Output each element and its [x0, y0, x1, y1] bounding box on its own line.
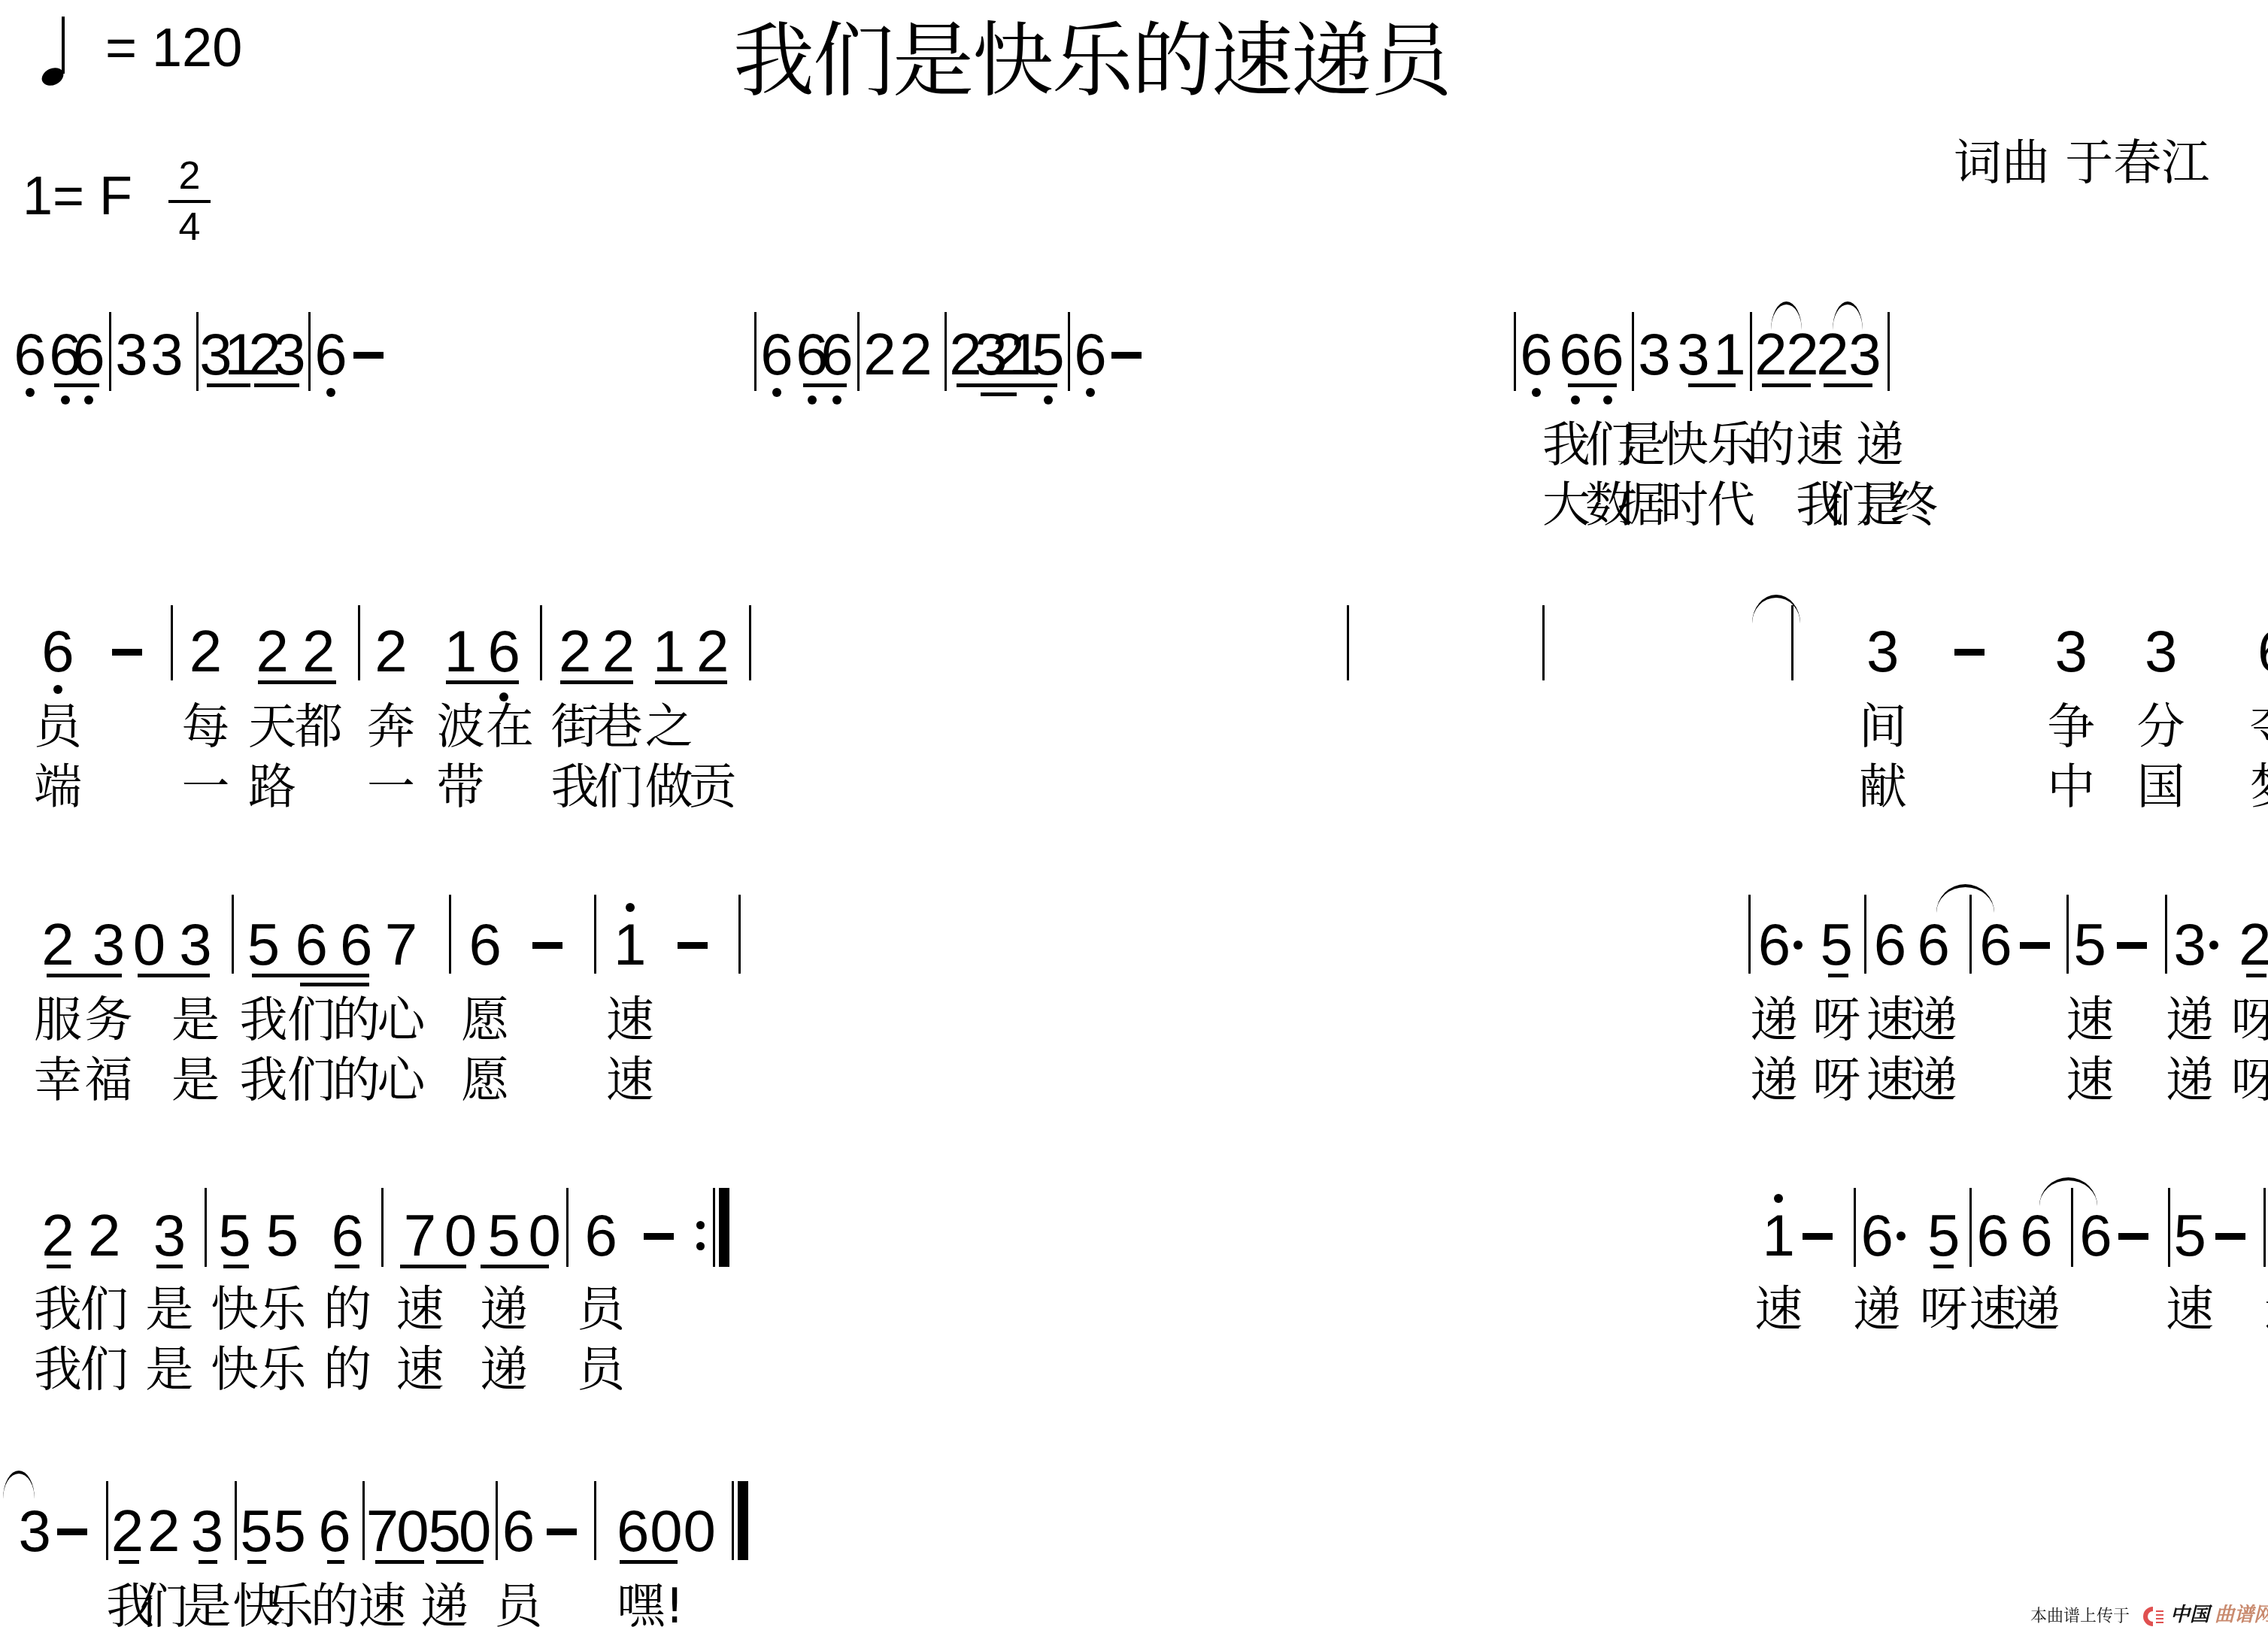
sustain-dash [2118, 1233, 2148, 1240]
duration-underline [560, 680, 632, 684]
key-signature: 1= F [23, 169, 132, 223]
lyric-syllable: 是 [171, 996, 220, 1044]
note: 6 [41, 622, 74, 680]
lyric-syllable: 是 [171, 1056, 220, 1104]
low-octave-dot [1086, 388, 1095, 397]
note: 1 [1713, 325, 1746, 383]
lyric-syllable: 速 [1865, 1056, 1915, 1104]
note: 0 [396, 1501, 429, 1560]
time-signature-numerator: 2 [167, 156, 212, 195]
note: 5 [428, 1501, 461, 1560]
barline [1347, 605, 1349, 680]
lyric-syllable: 快 [210, 1346, 259, 1394]
note: 3 [273, 325, 306, 383]
note: 5 [240, 1501, 273, 1560]
note: 5 [2073, 915, 2106, 974]
lyric-syllable: 的 [323, 1286, 372, 1334]
lyric-syllable: 心 [377, 1056, 426, 1104]
lyric-syllable: 献 [1858, 763, 1908, 811]
duration-underline [199, 1560, 217, 1564]
barline [1969, 1188, 1972, 1267]
barline [2165, 895, 2167, 974]
note: 0 [683, 1501, 716, 1560]
barline [566, 1188, 569, 1267]
note: 6 [2020, 1206, 2053, 1265]
note: 2 [863, 325, 896, 383]
duration-underline [119, 1560, 139, 1564]
lyric-syllable: 国 [2136, 763, 2186, 811]
note: 3 [150, 325, 183, 383]
watermark-brand-cn: 中国 [2170, 1604, 2209, 1626]
note: 3 [1848, 325, 1881, 383]
barline [738, 895, 741, 974]
lyric-syllable: 呀 [1919, 1286, 1969, 1334]
barline [109, 312, 111, 391]
lyric-syllable: 路 [247, 763, 297, 811]
lyric-syllable: 我 [239, 996, 289, 1044]
lyric-syllable: 速 [1795, 421, 1845, 469]
note: 6 [1860, 1206, 1894, 1265]
note: 2 [559, 622, 592, 680]
lyric-syllable: 梦 [2249, 763, 2268, 811]
note: 7 [365, 1501, 399, 1560]
note: 2 [189, 622, 222, 680]
note: 2 [1754, 325, 1787, 383]
note: 2 [302, 622, 335, 680]
lyric-syllable: 街 [550, 703, 600, 751]
note: 5 [1927, 1206, 1960, 1265]
note: 6 [314, 325, 347, 383]
low-octave-dot [832, 395, 841, 404]
note: 1 [653, 622, 686, 680]
lyric-syllable: 乐 [265, 1583, 314, 1631]
lyric-syllable: 速 [396, 1346, 445, 1394]
barline [594, 1481, 596, 1560]
lyric-syllable: 夺 [2249, 703, 2268, 751]
lyric-syllable: 之 [644, 703, 694, 751]
note: 2 [256, 622, 289, 680]
barline [106, 1481, 108, 1560]
lyric-syllable: 员 [494, 1583, 544, 1631]
note: 6 [760, 325, 793, 383]
note: 3 [92, 915, 125, 974]
duration-underline [2246, 974, 2266, 977]
lyric-syllable: 争 [2046, 703, 2096, 751]
barline [235, 1481, 237, 1560]
lyric-syllable: 天 [247, 703, 297, 751]
note: 5 [1820, 915, 1853, 974]
tie-slur [1752, 595, 1800, 623]
barline [308, 312, 311, 391]
note: 2 [88, 1206, 121, 1265]
note: 5 [273, 1501, 306, 1560]
watermark-text: 本曲谱上传于 [2030, 1607, 2130, 1625]
lyric-syllable: 呀 [1812, 1056, 1861, 1104]
barline [449, 895, 451, 974]
lyric-syllable: 员 [576, 1286, 626, 1334]
high-octave-dot [626, 903, 635, 912]
fraction-bar [168, 200, 211, 203]
duration-underline [327, 1560, 344, 1564]
note: 5 [218, 1206, 251, 1265]
note: 6 [1591, 325, 1624, 383]
lyric-syllable: 们 [287, 1056, 336, 1104]
lyric-syllable: 做 [644, 763, 694, 811]
repeat-thick-bar [719, 1188, 729, 1267]
note: 3 [115, 325, 148, 383]
tie-slur [3, 1471, 35, 1499]
barline [1750, 312, 1752, 391]
lyric-syllable: 递 [2263, 1286, 2268, 1334]
duration-underline [138, 974, 210, 977]
note: 3 [1638, 325, 1671, 383]
duration-underline [1933, 1265, 1954, 1268]
note: 6 [820, 325, 854, 383]
lyric-syllable: 带 [435, 763, 485, 811]
lyric-syllable: 们 [287, 996, 336, 1044]
sustain-dash [2117, 942, 2147, 949]
lyric-syllable: 递 [1855, 421, 1905, 469]
note: 6 [487, 622, 520, 680]
note: 0 [132, 915, 165, 974]
barline [1748, 895, 1751, 974]
lyric-syllable: 波 [435, 703, 485, 751]
sustain-dash [1954, 649, 1984, 656]
low-octave-dot [1044, 395, 1053, 404]
lyric-syllable: 分 [2136, 703, 2186, 751]
repeat-dot [696, 1221, 705, 1229]
lyric-syllable: 速 [1968, 1286, 2018, 1334]
sustain-dash [353, 352, 384, 359]
lyric-syllable: 员 [33, 703, 83, 751]
lyric-syllable: 乐 [258, 1346, 308, 1394]
quarter-note-icon [30, 14, 75, 89]
lyric-syllable: 递 [479, 1286, 529, 1334]
barline [362, 1481, 365, 1560]
lyric-syllable: 愿 [460, 996, 510, 1044]
tie-slur [1936, 884, 1994, 913]
low-octave-dot [326, 388, 335, 397]
lyric-syllable: 递 [1749, 996, 1799, 1044]
lyric-syllable: 一 [180, 763, 230, 811]
lyric-syllable: 时 [1660, 481, 1709, 529]
tie-slur [1771, 301, 1802, 330]
note: 6 [468, 915, 502, 974]
time-signature-denominator: 4 [167, 208, 212, 247]
duration-underline [156, 1265, 183, 1268]
barline [205, 1188, 207, 1267]
sustain-dash [678, 942, 708, 949]
augmentation-dot [1897, 1232, 1906, 1241]
sustain-dash [532, 942, 562, 949]
lyric-syllable: 递 [1909, 996, 1958, 1044]
duration-underline [803, 383, 847, 387]
note: 0 [459, 1501, 492, 1560]
note: 3 [18, 1501, 51, 1560]
lyric-syllable: 的 [332, 996, 381, 1044]
lyric-syllable: 心 [377, 996, 426, 1044]
composer-credit: 词曲 于春江 [1954, 139, 2209, 187]
barline [496, 1481, 498, 1560]
note: 2 [111, 1501, 144, 1560]
barline [171, 605, 173, 680]
barline [381, 1188, 384, 1267]
barline [857, 312, 860, 391]
note: 0 [444, 1206, 477, 1265]
low-octave-dot [808, 395, 817, 404]
lyric-syllable: 递 [1909, 1056, 1958, 1104]
note: 6 [295, 915, 328, 974]
barline [2066, 895, 2069, 974]
note: 3 [1866, 622, 1900, 680]
lyric-syllable: 们 [139, 1583, 189, 1631]
watermark: 本曲谱上传于 中国 曲谱网 [2030, 1604, 2268, 1626]
duration-underline [1762, 383, 1811, 387]
lyric-syllable: 愿 [460, 1056, 510, 1104]
barline [1854, 1188, 1856, 1267]
duration-underline [258, 680, 336, 684]
duration-underline [47, 974, 122, 977]
duration-underline [957, 383, 1057, 387]
lyric-syllable: 的 [323, 1346, 372, 1394]
watermark-brand-site: 曲谱网 [2215, 1604, 2268, 1626]
duration-underline [446, 680, 518, 684]
duration-underline [223, 1265, 250, 1268]
note: 3 [153, 1206, 186, 1265]
note: 6 [2257, 622, 2268, 680]
note: 2 [374, 622, 408, 680]
note: 6 [340, 915, 373, 974]
note: 5 [1032, 325, 1065, 383]
note: 5 [266, 1206, 299, 1265]
duration-underline [300, 983, 369, 986]
duration-underline [436, 1560, 484, 1564]
note: 3 [1677, 325, 1710, 383]
note: 3 [190, 1501, 223, 1560]
sustain-dash [1111, 352, 1142, 359]
note: 3 [2173, 915, 2206, 974]
lyric-syllable: 是 [144, 1346, 194, 1394]
note: 7 [404, 1206, 437, 1265]
final-thin-bar [732, 1481, 734, 1560]
note: 6 [1873, 915, 1906, 974]
sustain-dash [112, 649, 142, 656]
lyric-syllable: 递 [2012, 1286, 2061, 1334]
lyric-syllable: 递 [2165, 1056, 2215, 1104]
lyric-syllable: 速 [1865, 996, 1915, 1044]
repeat-dot [696, 1242, 705, 1250]
note: 6 [1074, 325, 1107, 383]
note: 6 [1976, 1206, 2009, 1265]
lyric-syllable: 呀 [1812, 996, 1861, 1044]
augmentation-dot [2209, 941, 2218, 950]
note: 1 [444, 622, 477, 680]
note: 2 [41, 915, 74, 974]
final-thick-bar [738, 1481, 748, 1560]
duration-underline [47, 1265, 71, 1268]
lyric-syllable: 奔 [366, 703, 416, 751]
lyric-syllable: 递 [1852, 1286, 1902, 1334]
duration-underline [1688, 383, 1736, 387]
lyric-syllable: 间 [1858, 703, 1908, 751]
time-signature: 2 4 [167, 156, 212, 247]
lyric-syllable: 的 [310, 1583, 359, 1631]
barline [1887, 312, 1890, 391]
barline [1864, 895, 1866, 974]
note: 2 [602, 622, 635, 680]
duration-underline [252, 974, 369, 977]
lyric-syllable: 代 [1706, 481, 1756, 529]
lyric-syllable: 递 [1749, 1056, 1799, 1104]
lyric-syllable: 巷 [593, 703, 643, 751]
note: 2 [2239, 915, 2268, 974]
duration-underline [335, 1265, 359, 1268]
sustain-dash [1803, 1233, 1833, 1240]
lyric-syllable: 呀 [2230, 996, 2268, 1044]
note: 2 [1816, 325, 1849, 383]
barline [196, 312, 199, 391]
lyric-syllable: 快 [210, 1286, 259, 1334]
low-octave-dot [1571, 395, 1580, 404]
barline [540, 605, 542, 680]
barline [358, 605, 360, 680]
barline [232, 895, 234, 974]
barline [2263, 1188, 2266, 1267]
note: 6 [584, 1206, 617, 1265]
lyric-syllable: 们 [80, 1286, 129, 1334]
lyric-syllable: 务 [83, 996, 133, 1044]
barline [1542, 605, 1545, 680]
duration-underline [207, 383, 250, 387]
note: 6 [1917, 915, 1950, 974]
song-title: 我们是快乐的速递员 [733, 21, 1451, 102]
duration-underline [655, 680, 727, 684]
note: 1 [1762, 1206, 1795, 1265]
note: 2 [1786, 325, 1819, 383]
lyric-syllable: 递 [2165, 996, 2215, 1044]
lyric-syllable: 幸 [33, 1056, 83, 1104]
note: 6 [14, 325, 47, 383]
lyric-syllable: 我 [33, 1286, 83, 1334]
note: 5 [487, 1206, 520, 1265]
repeat-thin-bar [713, 1188, 715, 1267]
low-octave-dot [84, 395, 93, 404]
lyric-syllable: 福 [83, 1056, 133, 1104]
lyric-syllable: 速 [605, 1056, 655, 1104]
barline [1632, 312, 1634, 391]
sustain-dash [547, 1528, 577, 1535]
sustain-dash [57, 1528, 87, 1535]
lyric-syllable: 乐 [258, 1286, 308, 1334]
low-octave-dot [1532, 388, 1541, 397]
note: 6 [2079, 1206, 2112, 1265]
note: 6 [1979, 915, 2012, 974]
lyric-syllable: 呀 [2230, 1056, 2268, 1104]
note: 6 [318, 1501, 351, 1560]
note: 6 [331, 1206, 364, 1265]
note: 0 [650, 1501, 683, 1560]
note: 3 [2145, 622, 2178, 680]
barline [749, 605, 751, 680]
low-octave-dot [772, 388, 781, 397]
barline [754, 312, 757, 391]
lyric-syllable: 我 [550, 763, 600, 811]
note: 5 [2173, 1206, 2206, 1265]
lyric-syllable: 速 [2165, 1286, 2215, 1334]
lyric-syllable: 嘿! [617, 1583, 666, 1631]
lyric-syllable: 贡 [688, 763, 738, 811]
duration-underline [620, 1560, 678, 1564]
duration-underline [1828, 974, 1848, 977]
low-octave-dot [26, 388, 35, 397]
duration-underline [375, 1560, 424, 1564]
barline [944, 312, 947, 391]
note: 0 [528, 1206, 561, 1265]
lyric-syllable: 的 [1746, 421, 1796, 469]
lyric-syllable: 我 [239, 1056, 289, 1104]
note: 6 [502, 1501, 535, 1560]
sustain-dash [2020, 942, 2050, 949]
lyric-syllable: 们 [593, 763, 643, 811]
note: 3 [179, 915, 212, 974]
note: 5 [247, 915, 280, 974]
lyric-syllable: 中 [2046, 763, 2096, 811]
lyric-syllable: 一 [366, 763, 416, 811]
lyric-syllable: 速 [357, 1583, 407, 1631]
duration-underline [254, 383, 299, 387]
duration-underline [400, 1265, 467, 1268]
lyric-syllable: 在 [485, 703, 535, 751]
note: 2 [41, 1206, 74, 1265]
lyric-syllable: 快 [1660, 421, 1709, 469]
lyric-syllable: 服 [33, 996, 83, 1044]
sheet-music-page: 我们是快乐的速递员 = 120 1= F 2 4 词曲 于春江 66633312… [0, 0, 2268, 1636]
lyric-syllable: 是 [182, 1583, 232, 1631]
barline [1514, 312, 1516, 391]
site-logo-icon [2142, 1607, 2165, 1626]
lyric-syllable: 速 [2065, 1056, 2115, 1104]
duration-underline [1824, 383, 1872, 387]
lyric-syllable: 递 [479, 1346, 529, 1394]
lyric-syllable: 我 [33, 1346, 83, 1394]
note: 6 [1559, 325, 1592, 383]
lyric-syllable: 递 [420, 1583, 469, 1631]
sustain-dash [644, 1233, 674, 1240]
sustain-dash [2215, 1233, 2245, 1240]
barline [1068, 312, 1070, 391]
lyric-syllable: 们 [80, 1346, 129, 1394]
low-octave-dot [61, 395, 70, 404]
note: 2 [899, 325, 932, 383]
duration-underline [481, 1265, 549, 1268]
lyric-syllable: 速 [605, 996, 655, 1044]
low-octave-dot [1603, 395, 1612, 404]
lyric-syllable: 员 [576, 1346, 626, 1394]
lyric-syllable: 端 [33, 763, 83, 811]
note: 6 [72, 325, 105, 383]
tie-slur [2039, 1177, 2097, 1206]
note: 1 [614, 915, 647, 974]
augmentation-dot [1793, 941, 1803, 950]
low-octave-dot [53, 685, 62, 694]
lyric-syllable: 每 [180, 703, 230, 751]
tempo-marking: = 120 [105, 21, 242, 75]
barline [594, 895, 596, 974]
barline [2168, 1188, 2170, 1267]
note: 6 [1757, 915, 1790, 974]
lyric-syllable: 速 [2065, 996, 2115, 1044]
note: 6 [1520, 325, 1553, 383]
